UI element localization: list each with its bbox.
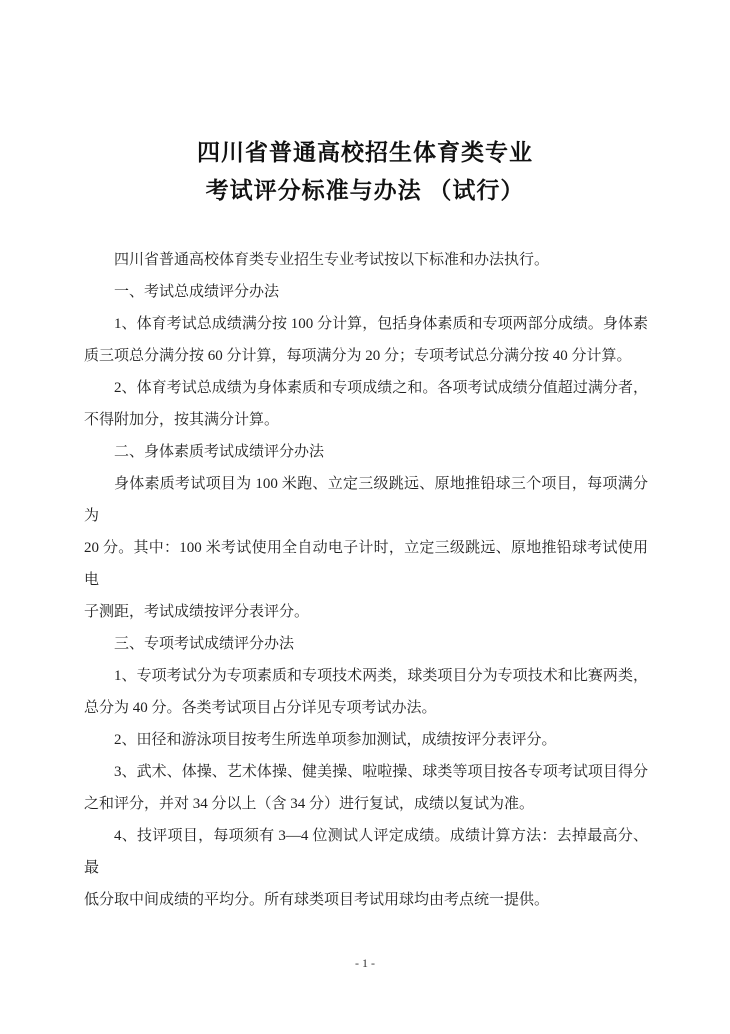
paragraph-line: 2、体育考试总成绩为身体素质和专项成绩之和。各项考试成绩分值超过满分者，	[84, 372, 648, 404]
page-number: - 1 -	[0, 954, 730, 972]
section-heading-line: 二、身体素质考试成绩评分办法	[84, 436, 648, 468]
paragraph-line: 低分取中间成绩的平均分。所有球类项目考试用球均由考点统一提供。	[84, 884, 648, 916]
section-heading-2: 二、身体素质考试成绩评分办法	[84, 436, 648, 468]
paragraph-line: 之和评分，并对 34 分以上（含 34 分）进行复试，成绩以复试为准。	[84, 788, 648, 820]
paragraph-line: 20 分。其中：100 米考试使用全自动电子计时，立定三级跳远、原地推铅球考试使…	[84, 532, 648, 596]
paragraph-physical-quality: 身体素质考试项目为 100 米跑、立定三级跳远、原地推铅球三个项目，每项满分为 …	[84, 468, 648, 628]
paragraph-line: 质三项总分满分按 60 分计算，每项满分为 20 分；专项考试总分满分按 40 …	[84, 340, 648, 372]
section-heading-3: 三、专项考试成绩评分办法	[84, 628, 648, 660]
title-line-2: 考试评分标准与办法 （试行）	[0, 172, 730, 210]
paragraph-total-score-2: 2、体育考试总成绩为身体素质和专项成绩之和。各项考试成绩分值超过满分者， 不得附…	[84, 372, 648, 436]
section-heading-line: 一、考试总成绩评分办法	[84, 276, 648, 308]
paragraph-line: 不得附加分，按其满分计算。	[84, 404, 648, 436]
document-page: { "document": { "title_line1": "四川省普通高校招…	[0, 0, 730, 1034]
paragraph-special-exam-2: 2、田径和游泳项目按考生所选单项参加测试，成绩按评分表评分。	[84, 724, 648, 756]
paragraph-total-score-1: 1、体育考试总成绩满分按 100 分计算，包括身体素质和专项两部分成绩。身体素 …	[84, 308, 648, 372]
section-heading-1: 一、考试总成绩评分办法	[84, 276, 648, 308]
document-body: 四川省普通高校体育类专业招生专业考试按以下标准和办法执行。 一、考试总成绩评分办…	[84, 244, 648, 916]
paragraph-line: 四川省普通高校体育类专业招生专业考试按以下标准和办法执行。	[84, 244, 648, 276]
paragraph-line: 3、武术、体操、艺术体操、健美操、啦啦操、球类等项目按各专项考试项目得分	[84, 756, 648, 788]
paragraph-special-exam-3: 3、武术、体操、艺术体操、健美操、啦啦操、球类等项目按各专项考试项目得分 之和评…	[84, 756, 648, 820]
section-heading-line: 三、专项考试成绩评分办法	[84, 628, 648, 660]
document-title: 四川省普通高校招生体育类专业 考试评分标准与办法 （试行）	[0, 134, 730, 210]
paragraph-line: 总分为 40 分。各类考试项目占分详见专项考试办法。	[84, 692, 648, 724]
paragraph-line: 身体素质考试项目为 100 米跑、立定三级跳远、原地推铅球三个项目，每项满分为	[84, 468, 648, 532]
paragraph-line: 2、田径和游泳项目按考生所选单项参加测试，成绩按评分表评分。	[84, 724, 648, 756]
paragraph-line: 4、技评项目，每项须有 3—4 位测试人评定成绩。成绩计算方法：去掉最高分、最	[84, 820, 648, 884]
paragraph-line: 子测距，考试成绩按评分表评分。	[84, 596, 648, 628]
paragraph-intro: 四川省普通高校体育类专业招生专业考试按以下标准和办法执行。	[84, 244, 648, 276]
paragraph-special-exam-1: 1、专项考试分为专项素质和专项技术两类，球类项目分为专项技术和比赛两类， 总分为…	[84, 660, 648, 724]
paragraph-special-exam-4: 4、技评项目，每项须有 3—4 位测试人评定成绩。成绩计算方法：去掉最高分、最 …	[84, 820, 648, 916]
paragraph-line: 1、体育考试总成绩满分按 100 分计算，包括身体素质和专项两部分成绩。身体素	[84, 308, 648, 340]
title-line-1: 四川省普通高校招生体育类专业	[0, 134, 730, 172]
paragraph-line: 1、专项考试分为专项素质和专项技术两类，球类项目分为专项技术和比赛两类，	[84, 660, 648, 692]
